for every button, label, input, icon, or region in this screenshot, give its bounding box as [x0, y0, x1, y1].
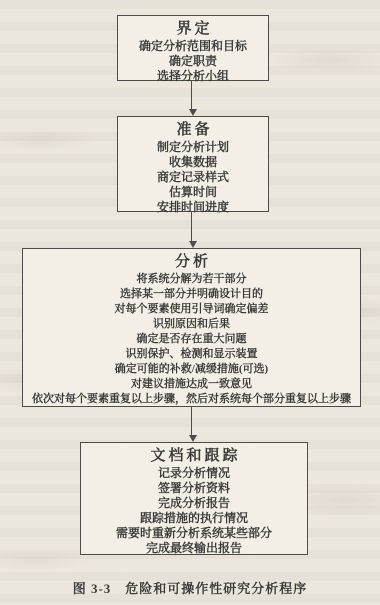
box-doc-item: 完成分析报告	[81, 496, 307, 511]
box-doc-item: 跟踪措施的执行情况	[81, 511, 307, 526]
box-prepare-title: 准备	[118, 120, 268, 140]
box-doc-item: 完成最终输出报告	[81, 541, 307, 556]
box-doc-title: 文档和跟踪	[81, 446, 307, 466]
box-prepare-item: 估算时间	[118, 185, 268, 200]
box-analyze-item: 依次对每个要素重复以上步骤，然后对系统每个部分重复以上步骤	[23, 392, 360, 407]
box-prepare-item: 收集数据	[118, 155, 268, 170]
box-define-item: 确定职责	[118, 54, 268, 69]
box-prepare-item: 制定分析计划	[118, 140, 268, 155]
box-analyze-item: 对每个要素使用引导词确定偏差	[23, 302, 360, 317]
box-analyze-item: 选择某一部分并明确设计目的	[23, 287, 360, 302]
box-doc-item: 需要时重新分析系统某些部分	[81, 526, 307, 541]
box-doc-item: 记录分析情况	[81, 466, 307, 481]
box-prepare-item: 安排时间进度	[118, 200, 268, 215]
box-analyze-item: 识别原因和后果	[23, 317, 360, 332]
flow-arrow-down-3	[191, 407, 192, 435]
flowchart-box-define: 界定 确定分析范围和目标 确定职责 选择分析小组	[117, 15, 269, 81]
box-define-item: 选择分析小组	[118, 69, 268, 84]
box-analyze-item: 对建议措施达成一致意见	[23, 377, 360, 392]
figure-caption: 图 3-3 危险和可操作性研究分析程序	[0, 578, 380, 597]
box-analyze-item: 识别保护、检测和显示装置	[23, 347, 360, 362]
box-define-item: 确定分析范围和目标	[118, 39, 268, 54]
box-doc-item: 签署分析资料	[81, 481, 307, 496]
flow-arrow-down-1	[191, 81, 192, 109]
flowchart-box-prepare: 准备 制定分析计划 收集数据 商定记录样式 估算时间 安排时间进度	[117, 116, 269, 212]
box-analyze-item: 确定可能的补救/减缓措施(可选)	[23, 362, 360, 377]
box-analyze-item: 将系统分解为若干部分	[23, 272, 360, 287]
flowchart-box-document-track: 文档和跟踪 记录分析情况 签署分析资料 完成分析报告 跟踪措施的执行情况 需要时…	[80, 442, 308, 555]
box-analyze-item: 确定是否存在重大问题	[23, 332, 360, 347]
scanned-page: 界定 确定分析范围和目标 确定职责 选择分析小组 准备 制定分析计划 收集数据 …	[0, 0, 380, 605]
box-prepare-item: 商定记录样式	[118, 170, 268, 185]
flowchart-box-analyze: 分析 将系统分解为若干部分 选择某一部分并明确设计目的 对每个要素使用引导词确定…	[22, 248, 361, 407]
box-analyze-title: 分析	[23, 252, 360, 272]
box-define-title: 界定	[118, 19, 268, 39]
flow-arrow-down-2	[191, 212, 192, 241]
